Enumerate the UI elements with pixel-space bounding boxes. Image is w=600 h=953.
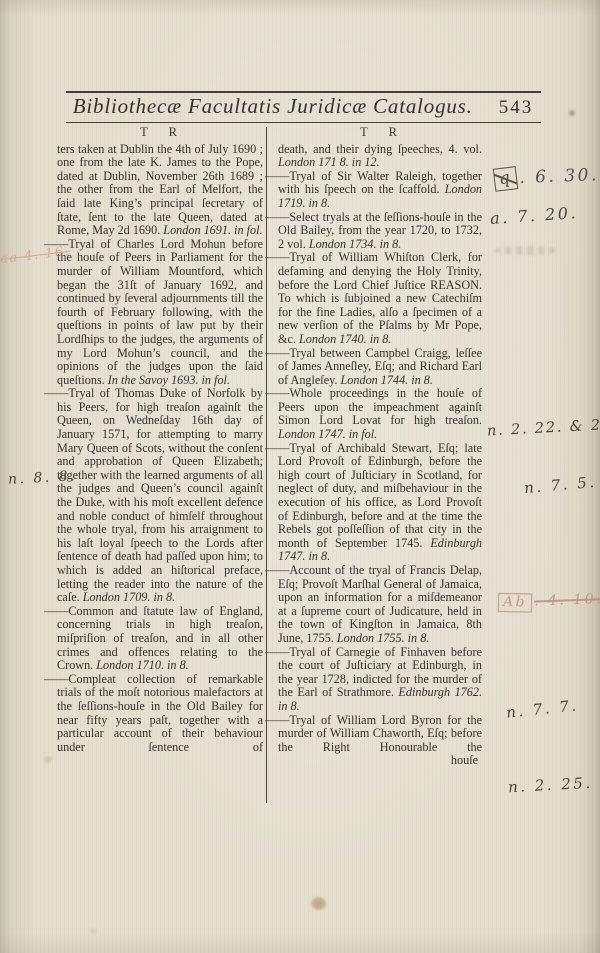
catalog-entry: ——Select tryals at the ſeſſions-houſe in… <box>278 211 482 252</box>
entry-text: ——Tryal of Charles Lord Mohun before the… <box>44 237 263 387</box>
entry-text: ——Compleat collection of remarkable tria… <box>44 672 263 754</box>
catalog-entry: death, and their dying ſpeeches, 4. vol.… <box>278 143 482 170</box>
column-divider <box>266 127 267 803</box>
running-head: Bibliothecæ Facultatis Juridicæ Catalogu… <box>66 94 540 122</box>
entry-imprint: London 1709. in 8. <box>83 590 175 604</box>
catalog-entry: ——Compleat collection of remarkable tria… <box>57 673 263 755</box>
catalog-entry: ——Whole proceedings in the houſe of Peer… <box>278 387 482 441</box>
foxing-spot <box>44 756 52 763</box>
entry-text: ——Tryal of Thomas Duke of Norfolk by his… <box>44 386 263 604</box>
entry-imprint: London 171 8. in 12. <box>278 155 380 169</box>
boxed-letter: q <box>493 166 519 192</box>
boxed-letters: Ab <box>498 593 532 613</box>
catchword: houſe <box>278 754 482 768</box>
entry-text: death, and their dying ſpeeches, 4. vol. <box>278 142 482 156</box>
page-number: 543 <box>499 97 534 119</box>
margin-annotation-shelfmark: q. 6. 30. <box>494 164 600 191</box>
catalog-entry: ——Common and ſtatute law of England, con… <box>57 605 263 673</box>
column-left: T R ters taken at Dublin the 4th of July… <box>57 126 263 754</box>
header-rule-bottom <box>66 122 541 123</box>
column-right: T R death, and their dying ſpeeches, 4. … <box>278 126 482 768</box>
catalog-entry: ——Tryal of Sir Walter Raleigh, together … <box>278 170 482 211</box>
column-heading-right: T R <box>284 126 482 140</box>
foxing-spot <box>90 928 97 934</box>
entry-imprint: London 1710. in 8. <box>96 658 188 672</box>
catalog-entry: ters taken at Dublin the 4th of July 169… <box>57 143 263 238</box>
paper-speck <box>569 110 575 116</box>
running-title: Bibliothecæ Facultatis Juridicæ Catalogu… <box>73 94 473 119</box>
entry-imprint: London 1747. in fol. <box>278 427 377 441</box>
entry-imprint: London 1744. in 8. <box>341 373 433 387</box>
entry-text: ——Whole proceedings in the houſe of Peer… <box>265 386 482 427</box>
margin-annotation-shelfmark-struck: Ab. 4. 10. <box>498 590 600 613</box>
catalog-entry: ——Tryal of Carnegie of Finhaven before t… <box>278 646 482 714</box>
catalog-entry: ——Tryal of Thomas Duke of Norfolk by his… <box>57 387 263 605</box>
column-heading-left: T R <box>63 126 263 140</box>
catalog-entry: ——Tryal of William Whiſton Clerk, for de… <box>278 251 482 346</box>
erased-pencil-smudge <box>494 246 560 255</box>
entry-imprint: London 1734. in 8. <box>309 237 401 251</box>
catalog-entry: ——Tryal of Charles Lord Mohun before the… <box>57 238 263 388</box>
foxing-spot <box>311 897 326 910</box>
entry-imprint: London 1740. in 8. <box>299 332 391 346</box>
entry-text: ——Tryal of William Lord Byron for the mu… <box>265 713 482 754</box>
catalog-entry: ——Tryal of Archibald Stewart, Eſq; late … <box>278 442 482 564</box>
entry-imprint: In the Savoy 1693. in fol. <box>108 373 230 387</box>
entry-imprint: London 1755. in 8. <box>337 631 429 645</box>
catalog-entry: ——Tryal of William Lord Byron for the mu… <box>278 714 482 755</box>
catalog-entry: ——Account of the tryal of Francis Delap,… <box>278 564 482 646</box>
catalog-entry: ——Tryal between Campbel Craigg, leſſee o… <box>278 347 482 388</box>
entry-imprint: London 1691. in fol. <box>163 223 262 237</box>
entry-text: ——Tryal of Archibald Stewart, Eſq; late … <box>265 441 482 550</box>
